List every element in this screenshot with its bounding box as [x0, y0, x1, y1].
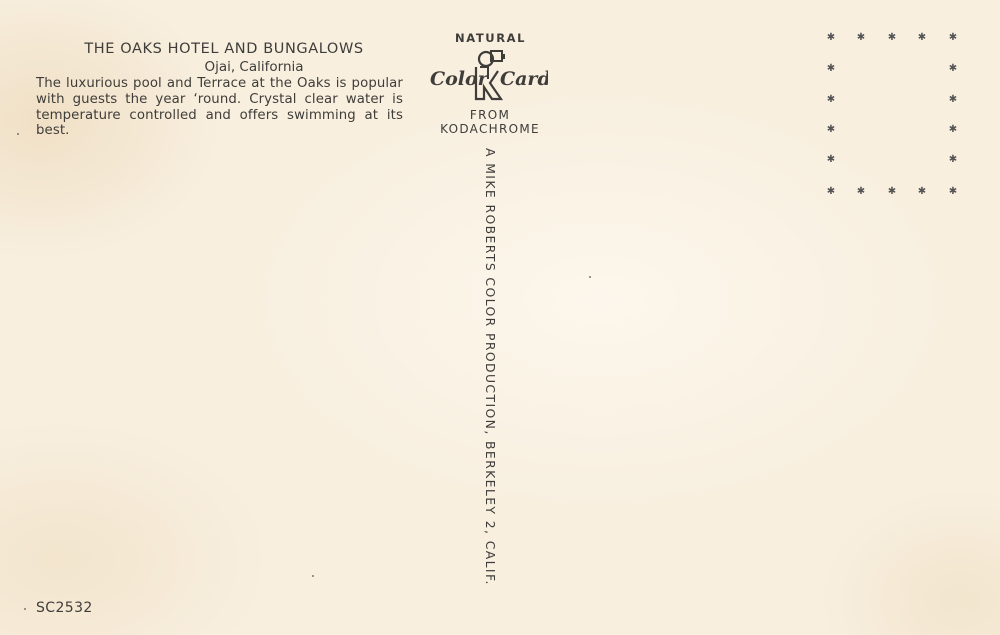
svg-text:Color: Color [430, 68, 490, 90]
star-icon: ✱ [827, 33, 835, 43]
star-icon: ✱ [918, 187, 926, 197]
star-icon: ✱ [949, 155, 957, 165]
star-icon: ✱ [949, 33, 957, 43]
kodak-camera-k-icon: Color Card [428, 45, 548, 103]
postcard-back: THE OAKS HOTEL AND BUNGALOWS Ojai, Calif… [0, 0, 1000, 635]
star-icon: ✱ [857, 33, 865, 43]
card-title: THE OAKS HOTEL AND BUNGALOWS [80, 41, 368, 57]
logo-top-text: NATURAL [455, 31, 525, 45]
star-icon: ✱ [888, 33, 896, 43]
star-icon: ✱ [918, 33, 926, 43]
card-description: The luxurious pool and Terrace at the Oa… [36, 76, 403, 139]
speck [17, 133, 19, 135]
stamp-box: ✱ ✱ ✱ ✱ ✱ ✱ ✱ ✱ ✱ ✱ ✱ ✱ ✱ ✱ ✱ ✱ ✱ ✱ [822, 29, 962, 199]
logo-bottom-text: FROM KODACHROME [419, 108, 561, 136]
star-icon: ✱ [827, 64, 835, 74]
star-icon: ✱ [949, 187, 957, 197]
svg-text:Card: Card [500, 68, 548, 90]
star-icon: ✱ [857, 187, 865, 197]
star-icon: ✱ [949, 125, 957, 135]
speck [24, 608, 26, 610]
star-icon: ✱ [827, 187, 835, 197]
star-icon: ✱ [949, 64, 957, 74]
star-icon: ✱ [827, 125, 835, 135]
star-icon: ✱ [827, 95, 835, 105]
card-code: SC2532 [36, 600, 93, 616]
star-icon: ✱ [888, 187, 896, 197]
star-icon: ✱ [949, 95, 957, 105]
star-icon: ✱ [827, 155, 835, 165]
speck [589, 276, 591, 278]
speck [312, 575, 314, 577]
publisher-line: A MIKE ROBERTS COLOR PRODUCTION, BERKELE… [483, 148, 498, 586]
card-subtitle: Ojai, California [80, 59, 368, 75]
color-card-logo: Color Card [428, 45, 548, 103]
